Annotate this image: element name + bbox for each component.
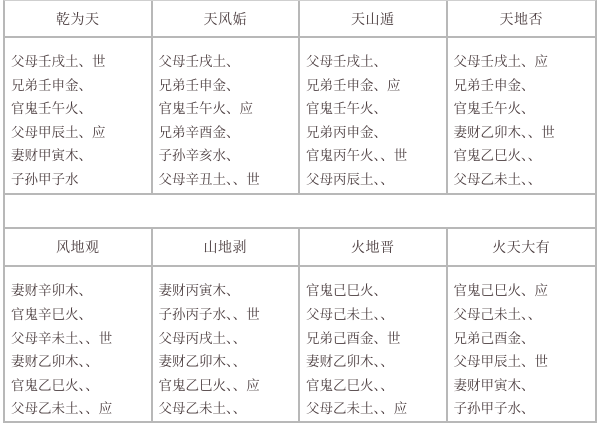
line-text: 子孙辛亥水、 — [159, 145, 299, 169]
line-text: 兄弟己酉金、 — [454, 328, 595, 352]
line-text: 父母辛未土、、世 — [11, 328, 151, 352]
hexagram-title: 风地观 — [5, 229, 151, 267]
line-text: 父母丙戌土、、 — [159, 328, 299, 352]
hexagram-column-dayou: 火天大有 官鬼己巳火、应 父母己未土、、 兄弟己酉金、 父母甲辰土、世 妻财甲寅… — [448, 229, 595, 422]
line-text: 父母乙未土、、 — [159, 398, 299, 422]
line-text: 兄弟壬申金、 — [159, 75, 299, 99]
line-text: 官鬼己巳火、 — [306, 280, 446, 304]
line-text: 父母壬戌土、 — [159, 51, 299, 75]
line-text: 父母壬戌土、应 — [454, 51, 595, 75]
line-text: 父母己未土、、 — [306, 304, 446, 328]
line-text: 父母壬戌土、世 — [11, 51, 151, 75]
hexagram-lines: 父母壬戌土、 兄弟壬申金、应 官鬼壬午火、 兄弟丙申金、 官鬼丙午火、、世 父母… — [300, 38, 446, 193]
line-text: 官鬼辛巳火、 — [11, 304, 151, 328]
line-text: 兄弟壬申金、 — [11, 75, 151, 99]
hexagram-lines: 妻财辛卯木、 官鬼辛巳火、 父母辛未土、、世 妻财乙卯木、、 官鬼乙巳火、、 父… — [5, 267, 151, 422]
line-text: 兄弟己酉金、世 — [306, 328, 446, 352]
hexagram-lines: 父母壬戌土、世 兄弟壬申金、 官鬼壬午火、 父母甲辰土、应 妻财甲寅木、 子孙甲… — [5, 38, 151, 193]
line-text: 官鬼壬午火、 — [306, 98, 446, 122]
hexagram-title: 天风姤 — [153, 1, 299, 38]
line-text: 子孙丙子水、、世 — [159, 304, 299, 328]
line-text: 父母乙未土、、 — [454, 169, 595, 193]
line-text: 妻财丙寅木、 — [159, 280, 299, 304]
hexagram-column-dun: 天山遁 父母壬戌土、 兄弟壬申金、应 官鬼壬午火、 兄弟丙申金、 官鬼丙午火、、… — [300, 1, 448, 193]
line-text: 官鬼乙巳火、、 — [11, 375, 151, 399]
line-text: 官鬼乙巳火、、 — [306, 375, 446, 399]
line-text: 父母己未土、、 — [454, 304, 595, 328]
line-text: 兄弟辛酉金、 — [159, 122, 299, 146]
hexagram-column-jin: 火地晋 官鬼己巳火、 父母己未土、、 兄弟己酉金、世 妻财乙卯木、、 官鬼乙巳火… — [300, 229, 448, 422]
line-text: 父母甲辰土、应 — [11, 122, 151, 146]
line-text: 官鬼壬午火、应 — [159, 98, 299, 122]
hexagram-table: 乾为天 父母壬戌土、世 兄弟壬申金、 官鬼壬午火、 父母甲辰土、应 妻财甲寅木、… — [3, 0, 597, 423]
hexagram-column-qian: 乾为天 父母壬戌土、世 兄弟壬申金、 官鬼壬午火、 父母甲辰土、应 妻财甲寅木、… — [5, 1, 153, 193]
hexagram-title: 山地剥 — [153, 229, 299, 267]
hexagram-column-guan: 风地观 妻财辛卯木、 官鬼辛巳火、 父母辛未土、、世 妻财乙卯木、、 官鬼乙巳火… — [5, 229, 153, 422]
hexagram-title: 天山遁 — [300, 1, 446, 38]
line-text: 兄弟壬申金、应 — [306, 75, 446, 99]
hexagram-lines: 妻财丙寅木、 子孙丙子水、、世 父母丙戌土、、 妻财乙卯木、、 官鬼乙巳火、、应… — [153, 267, 299, 422]
hexagram-column-pi: 天地否 父母壬戌土、应 兄弟壬申金、 官鬼壬午火、 妻财乙卯木、、世 官鬼乙巳火… — [448, 1, 595, 193]
empty-separator-row — [5, 193, 595, 229]
line-text: 官鬼丙午火、、世 — [306, 145, 446, 169]
line-text: 官鬼乙巳火、、应 — [159, 375, 299, 399]
line-text: 官鬼己巳火、应 — [454, 280, 595, 304]
line-text: 妻财辛卯木、 — [11, 280, 151, 304]
line-text: 子孙甲子水 — [11, 169, 151, 193]
line-text: 妻财乙卯木、、世 — [454, 122, 595, 146]
line-text: 妻财乙卯木、、 — [306, 351, 446, 375]
line-text: 父母甲辰土、世 — [454, 351, 595, 375]
hexagram-column-bo: 山地剥 妻财丙寅木、 子孙丙子水、、世 父母丙戌土、、 妻财乙卯木、、 官鬼乙巳… — [153, 229, 301, 422]
hexagram-lines: 官鬼己巳火、 父母己未土、、 兄弟己酉金、世 妻财乙卯木、、 官鬼乙巳火、、 父… — [300, 267, 446, 422]
line-text: 官鬼壬午火、 — [11, 98, 151, 122]
line-text: 父母丙辰土、、 — [306, 169, 446, 193]
line-text: 妻财甲寅木、 — [11, 145, 151, 169]
line-text: 兄弟丙申金、 — [306, 122, 446, 146]
line-text: 官鬼乙巳火、、 — [454, 145, 595, 169]
table-row-bottom: 风地观 妻财辛卯木、 官鬼辛巳火、 父母辛未土、、世 妻财乙卯木、、 官鬼乙巳火… — [5, 229, 595, 422]
hexagram-lines: 父母壬戌土、应 兄弟壬申金、 官鬼壬午火、 妻财乙卯木、、世 官鬼乙巳火、、 父… — [448, 38, 595, 193]
line-text: 兄弟壬申金、 — [454, 75, 595, 99]
hexagram-title: 火天大有 — [448, 229, 595, 267]
table-row-top: 乾为天 父母壬戌土、世 兄弟壬申金、 官鬼壬午火、 父母甲辰土、应 妻财甲寅木、… — [5, 1, 595, 193]
line-text: 子孙甲子水、 — [454, 398, 595, 422]
hexagram-title: 乾为天 — [5, 1, 151, 38]
hexagram-lines: 官鬼己巳火、应 父母己未土、、 兄弟己酉金、 父母甲辰土、世 妻财甲寅木、 子孙… — [448, 267, 595, 422]
hexagram-lines: 父母壬戌土、 兄弟壬申金、 官鬼壬午火、应 兄弟辛酉金、 子孙辛亥水、 父母辛丑… — [153, 38, 299, 193]
line-text: 父母乙未土、、应 — [306, 398, 446, 422]
hexagram-title: 天地否 — [448, 1, 595, 38]
hexagram-column-gou: 天风姤 父母壬戌土、 兄弟壬申金、 官鬼壬午火、应 兄弟辛酉金、 子孙辛亥水、 … — [153, 1, 301, 193]
line-text: 父母辛丑土、、世 — [159, 169, 299, 193]
line-text: 妻财甲寅木、 — [454, 375, 595, 399]
line-text: 妻财乙卯木、、 — [11, 351, 151, 375]
line-text: 父母乙未土、、应 — [11, 398, 151, 422]
hexagram-title: 火地晋 — [300, 229, 446, 267]
line-text: 妻财乙卯木、、 — [159, 351, 299, 375]
line-text: 官鬼壬午火、 — [454, 98, 595, 122]
line-text: 父母壬戌土、 — [306, 51, 446, 75]
